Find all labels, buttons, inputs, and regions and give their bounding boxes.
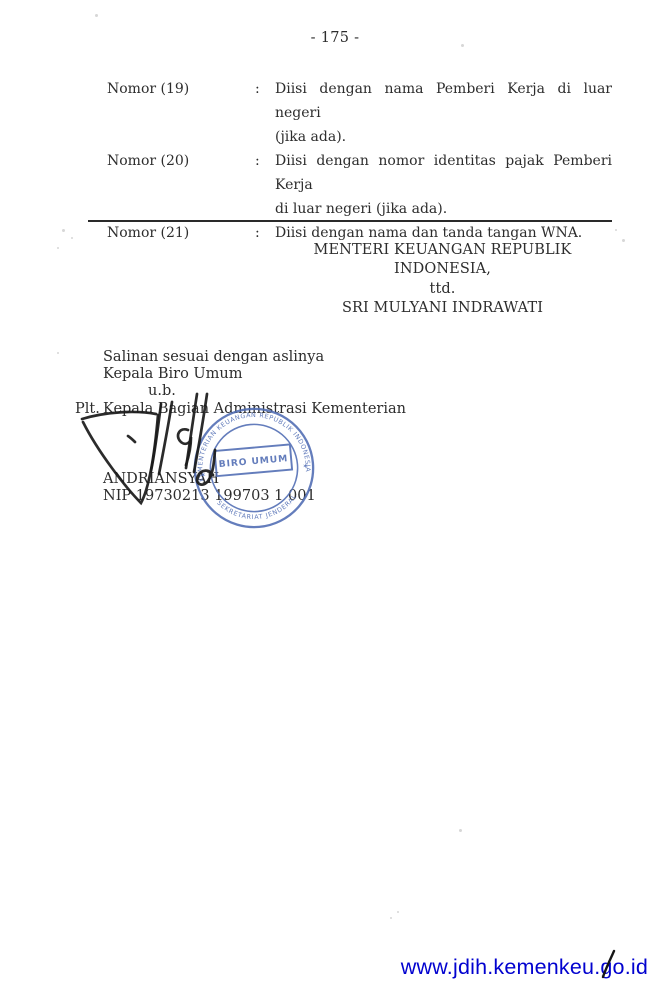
colon-separator: : <box>255 221 260 245</box>
instruction-text-line: (jika ada). <box>275 125 612 149</box>
signatory-name: SRI MULYANI INDRAWATI <box>270 299 615 318</box>
page-number: - 175 - <box>8 30 654 46</box>
instruction-text: Diisi dengan nama Pemberi Kerja di luar … <box>275 77 612 149</box>
instruction-text: Diisi dengan nomor identitas pajak Pembe… <box>275 149 612 221</box>
instruction-label: Nomor (21) <box>107 221 189 245</box>
handwritten-signature <box>40 380 300 525</box>
instruction-text-line: Diisi dengan nama Pemberi Kerja di luar … <box>275 77 612 125</box>
star-icon: ✶ <box>302 461 309 470</box>
pen-mark <box>596 944 622 982</box>
signatory-title: MENTERI KEUANGAN REPUBLIK INDONESIA, <box>270 241 615 280</box>
instruction-row: Nomor (20) : Diisi dengan nomor identita… <box>0 149 654 221</box>
document-page: - 175 - Nomor (19) : Diisi dengan nama P… <box>0 0 654 1000</box>
instruction-text-line: Diisi dengan nomor identitas pajak Pembe… <box>275 149 612 197</box>
horizontal-rule <box>88 220 612 222</box>
instruction-text-line: di luar negeri (jika ada). <box>275 197 612 221</box>
instruction-label: Nomor (19) <box>107 77 189 101</box>
ttd-notation: ttd. <box>270 280 615 299</box>
signatory-block: MENTERI KEUANGAN REPUBLIK INDONESIA, ttd… <box>270 241 615 318</box>
colon-separator: : <box>255 149 260 173</box>
attestation-line: Salinan sesuai dengan aslinya <box>103 349 406 366</box>
colon-separator: : <box>255 77 260 101</box>
instruction-label: Nomor (20) <box>107 149 189 173</box>
instruction-row: Nomor (19) : Diisi dengan nama Pemberi K… <box>0 77 654 149</box>
